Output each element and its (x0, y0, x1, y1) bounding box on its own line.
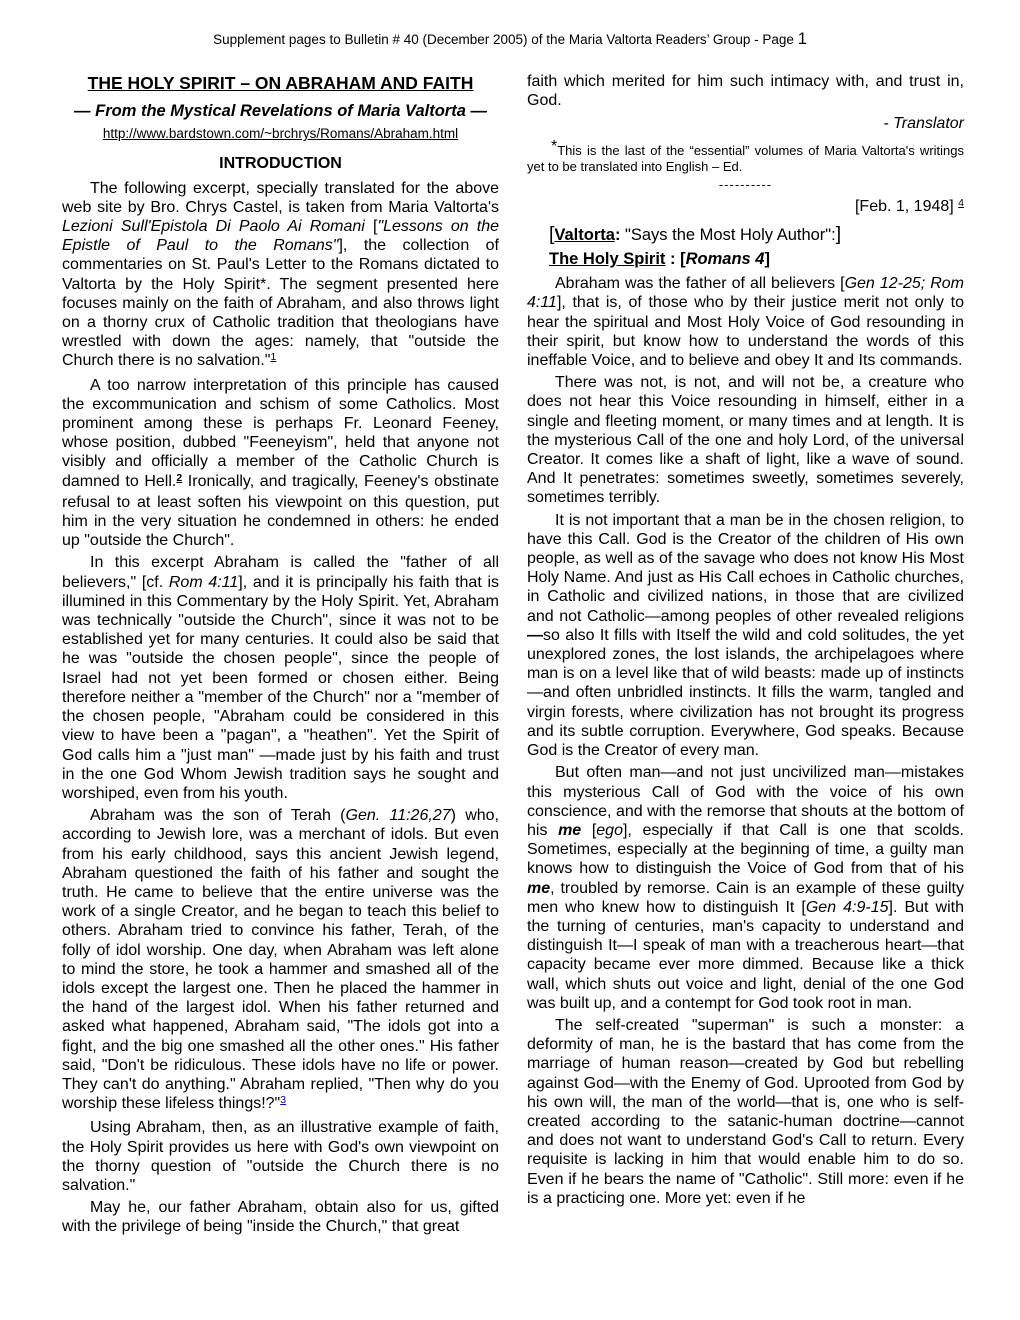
body-paragraph: But often man—and not just uncivilized m… (527, 763, 964, 1013)
intro-paragraph: A too narrow interpretation of this prin… (62, 376, 499, 551)
text-segment: Romans 4 (686, 250, 765, 268)
text-segment: ], that is, of those who by their justic… (527, 294, 964, 369)
valtorta-attribution-line: [Valtorta: "Says the Most Holy Author":] (527, 225, 964, 245)
text-segment: : [ (665, 250, 685, 268)
introduction-heading: INTRODUCTION (62, 154, 499, 173)
page-header-text: Supplement pages to Bulletin # 40 (Decem… (213, 32, 798, 47)
left-column: THE HOLY SPIRIT – ON ABRAHAM AND FAITH —… (62, 72, 499, 1240)
text-segment: May he, our father Abraham, obtain also … (62, 1199, 499, 1235)
page-number: 1 (798, 30, 807, 48)
text-segment: Gen 4:9-15 (806, 899, 889, 916)
intro-paragraph: The following excerpt, specially transla… (62, 179, 499, 373)
text-segment: Lezioni Sull'Epistola Di Paolo Ai Romani (62, 218, 365, 235)
intro-paragraph: Abraham was the son of Terah (Gen. 11:26… (62, 806, 499, 1115)
text-segment: ] (764, 250, 770, 268)
text-segment: ], and it is principally his faith that … (62, 574, 499, 802)
text-segment: ) who, according to Jewish lore, was a m… (62, 807, 499, 1112)
two-column-layout: THE HOLY SPIRIT – ON ABRAHAM AND FAITH —… (62, 72, 964, 1240)
text-segment: me (527, 880, 550, 897)
text-segment: ego (596, 822, 623, 839)
document-page: Supplement pages to Bulletin # 40 (Decem… (0, 0, 1020, 1320)
section-divider: ---------- (527, 178, 964, 191)
footnote-ref-link[interactable]: 4 (958, 197, 964, 209)
footnote-ref-link[interactable]: 2 (176, 472, 182, 484)
text-segment: — (527, 627, 543, 644)
text-segment: The following excerpt, specially transla… (62, 180, 499, 216)
text-segment: It is not important that a man be in the… (527, 512, 964, 625)
article-url-link[interactable]: http://www.bardstown.com/~brchrys/Romans… (62, 124, 499, 143)
text-segment: [ (365, 218, 378, 235)
text-segment: Gen. 11:26,27 (346, 807, 451, 824)
text-segment: Using Abraham, then, as an illustrative … (62, 1119, 499, 1194)
text-segment: [Feb. 1, 1948] (855, 198, 958, 215)
text-segment: Rom 4:11 (169, 574, 238, 591)
article-title: THE HOLY SPIRIT – ON ABRAHAM AND FAITH (62, 73, 499, 93)
text-segment: The self-created "superman" is such a mo… (527, 1017, 964, 1207)
footnote-ref-link[interactable]: 3 (280, 1094, 286, 1106)
text-segment: Valtorta (554, 226, 615, 244)
text-segment: [ (581, 822, 596, 839)
text-segment: This is the last of the “essential” volu… (527, 143, 964, 175)
body-paragraph: It is not important that a man be in the… (527, 511, 964, 761)
text-segment: faith which merited for him such intimac… (527, 73, 964, 109)
article-subtitle: — From the Mystical Revelations of Maria… (62, 102, 499, 121)
text-segment: me (558, 822, 581, 839)
text-segment: * (551, 138, 557, 155)
translator-signature: - Translator (527, 114, 964, 133)
body-paragraph: The self-created "superman" is such a mo… (527, 1016, 964, 1208)
holy-spirit-heading: The Holy Spirit : [Romans 4] (527, 250, 964, 269)
text-segment: ] (836, 223, 841, 245)
text-segment: ], the collection of commentaries on St.… (62, 237, 499, 369)
text-segment: Abraham was the son of Terah ( (90, 807, 346, 824)
editor-footnote: *This is the last of the “essential” vol… (527, 143, 964, 176)
page-header: Supplement pages to Bulletin # 40 (Decem… (0, 31, 1020, 48)
text-segment: The Holy Spirit (549, 250, 665, 268)
right-column: faith which merited for him such intimac… (527, 72, 964, 1240)
intro-paragraph: Using Abraham, then, as an illustrative … (62, 1118, 499, 1195)
text-segment: There was not, is not, and will not be, … (527, 374, 964, 506)
intro-paragraph: May he, our father Abraham, obtain also … (62, 1198, 499, 1236)
text-segment: Abraham was the father of all believers … (555, 275, 845, 292)
dictation-date: [Feb. 1, 1948] 4 (527, 197, 964, 218)
body-paragraph: Abraham was the father of all believers … (527, 274, 964, 370)
text-segment: "Says the Most Holy Author": (620, 226, 835, 244)
intro-paragraph: In this excerpt Abraham is called the "f… (62, 553, 499, 803)
body-paragraph: There was not, is not, and will not be, … (527, 373, 964, 507)
footnote-ref-link[interactable]: 1 (270, 351, 276, 363)
continuation-paragraph: faith which merited for him such intimac… (527, 72, 964, 110)
text-segment: so also It fills with Itself the wild an… (527, 627, 964, 759)
